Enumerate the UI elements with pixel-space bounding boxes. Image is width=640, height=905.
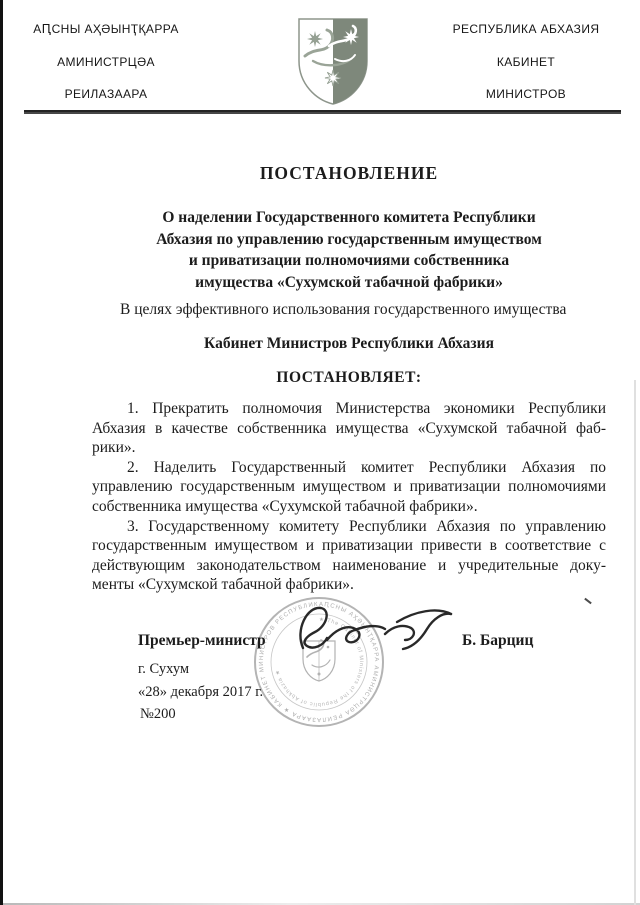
header-abkhazian-line2: АМИНИСТРЦӘА: [18, 46, 194, 79]
subject-line: имущества «Сухумской табачной фабрики»: [92, 272, 606, 294]
item-2-line: собственника имущества «Сухумской табачн…: [92, 497, 606, 517]
header-abkhazian-line3: РЕИЛАЗААРА: [18, 78, 194, 111]
signature-autograph: [283, 592, 468, 667]
signature-place: г. Сухум: [138, 661, 189, 678]
item-2-line: 2. Наделить Государственный комитет Респ…: [92, 458, 606, 478]
coat-of-arms-icon: [291, 15, 375, 107]
resolution-items: 1. Прекратить полномочия Министерства эк…: [92, 399, 606, 595]
document-number: №200: [140, 706, 176, 723]
header-abkhazian-line1: АԤСНЫ АҲӘЫНҬҚАРРА: [18, 13, 194, 46]
item-1-line: рики».: [92, 438, 606, 458]
header-divider: [24, 110, 621, 114]
subject-line: Абхазия по управлению государственным им…: [92, 229, 606, 251]
item-3-line: действующим законодательством наименован…: [92, 556, 606, 576]
signatory-position: Премьер-министр: [138, 632, 266, 650]
signature-date: «28» декабря 2017 г.: [138, 684, 263, 701]
header-russian-line1: РЕСПУБЛИКА АБХАЗИЯ: [438, 13, 614, 46]
header-russian: РЕСПУБЛИКА АБХАЗИЯ КАБИНЕТ МИНИСТРОВ: [438, 13, 614, 111]
item-3-line: государственным имуществом и приватизаци…: [92, 536, 606, 556]
item-2-line: управлению государственным имуществом и …: [92, 477, 606, 497]
document-subject: О наделении Государственного комитета Ре…: [92, 207, 606, 293]
scan-edge-right: [634, 380, 636, 905]
preamble: В целях эффективного использования госуд…: [92, 301, 606, 319]
item-1-line: 1. Прекратить полномочия Министерства эк…: [92, 399, 606, 419]
item-1: 1. Прекратить полномочия Министерства эк…: [92, 399, 606, 458]
item-3: 3. Государственному комитету Республики …: [92, 517, 606, 595]
item-3-line: 3. Государственному комитету Республики …: [92, 517, 606, 537]
header-russian-line2: КАБИНЕТ: [438, 46, 614, 79]
resolution-word: ПОСТАНОВЛЯЕТ:: [92, 369, 606, 387]
scan-edge-left: [0, 0, 3, 905]
signatory-name: Б. Барциц: [462, 632, 533, 650]
header-abkhazian: АԤСНЫ АҲӘЫНҬҚАРРА АМИНИСТРЦӘА РЕИЛАЗААРА: [18, 13, 194, 111]
issuing-authority: Кабинет Министров Республики Абхазия: [92, 335, 606, 353]
scan-speck: [584, 598, 592, 605]
subject-line: и приватизации полномочиями собственника: [92, 250, 606, 272]
document-title: ПОСТАНОВЛЕНИЕ: [92, 163, 606, 184]
subject-line: О наделении Государственного комитета Ре…: [92, 207, 606, 229]
item-1-line: Абхазия в качестве собственника имуществ…: [92, 419, 606, 439]
item-2: 2. Наделить Государственный комитет Респ…: [92, 458, 606, 517]
header-russian-line3: МИНИСТРОВ: [438, 78, 614, 111]
